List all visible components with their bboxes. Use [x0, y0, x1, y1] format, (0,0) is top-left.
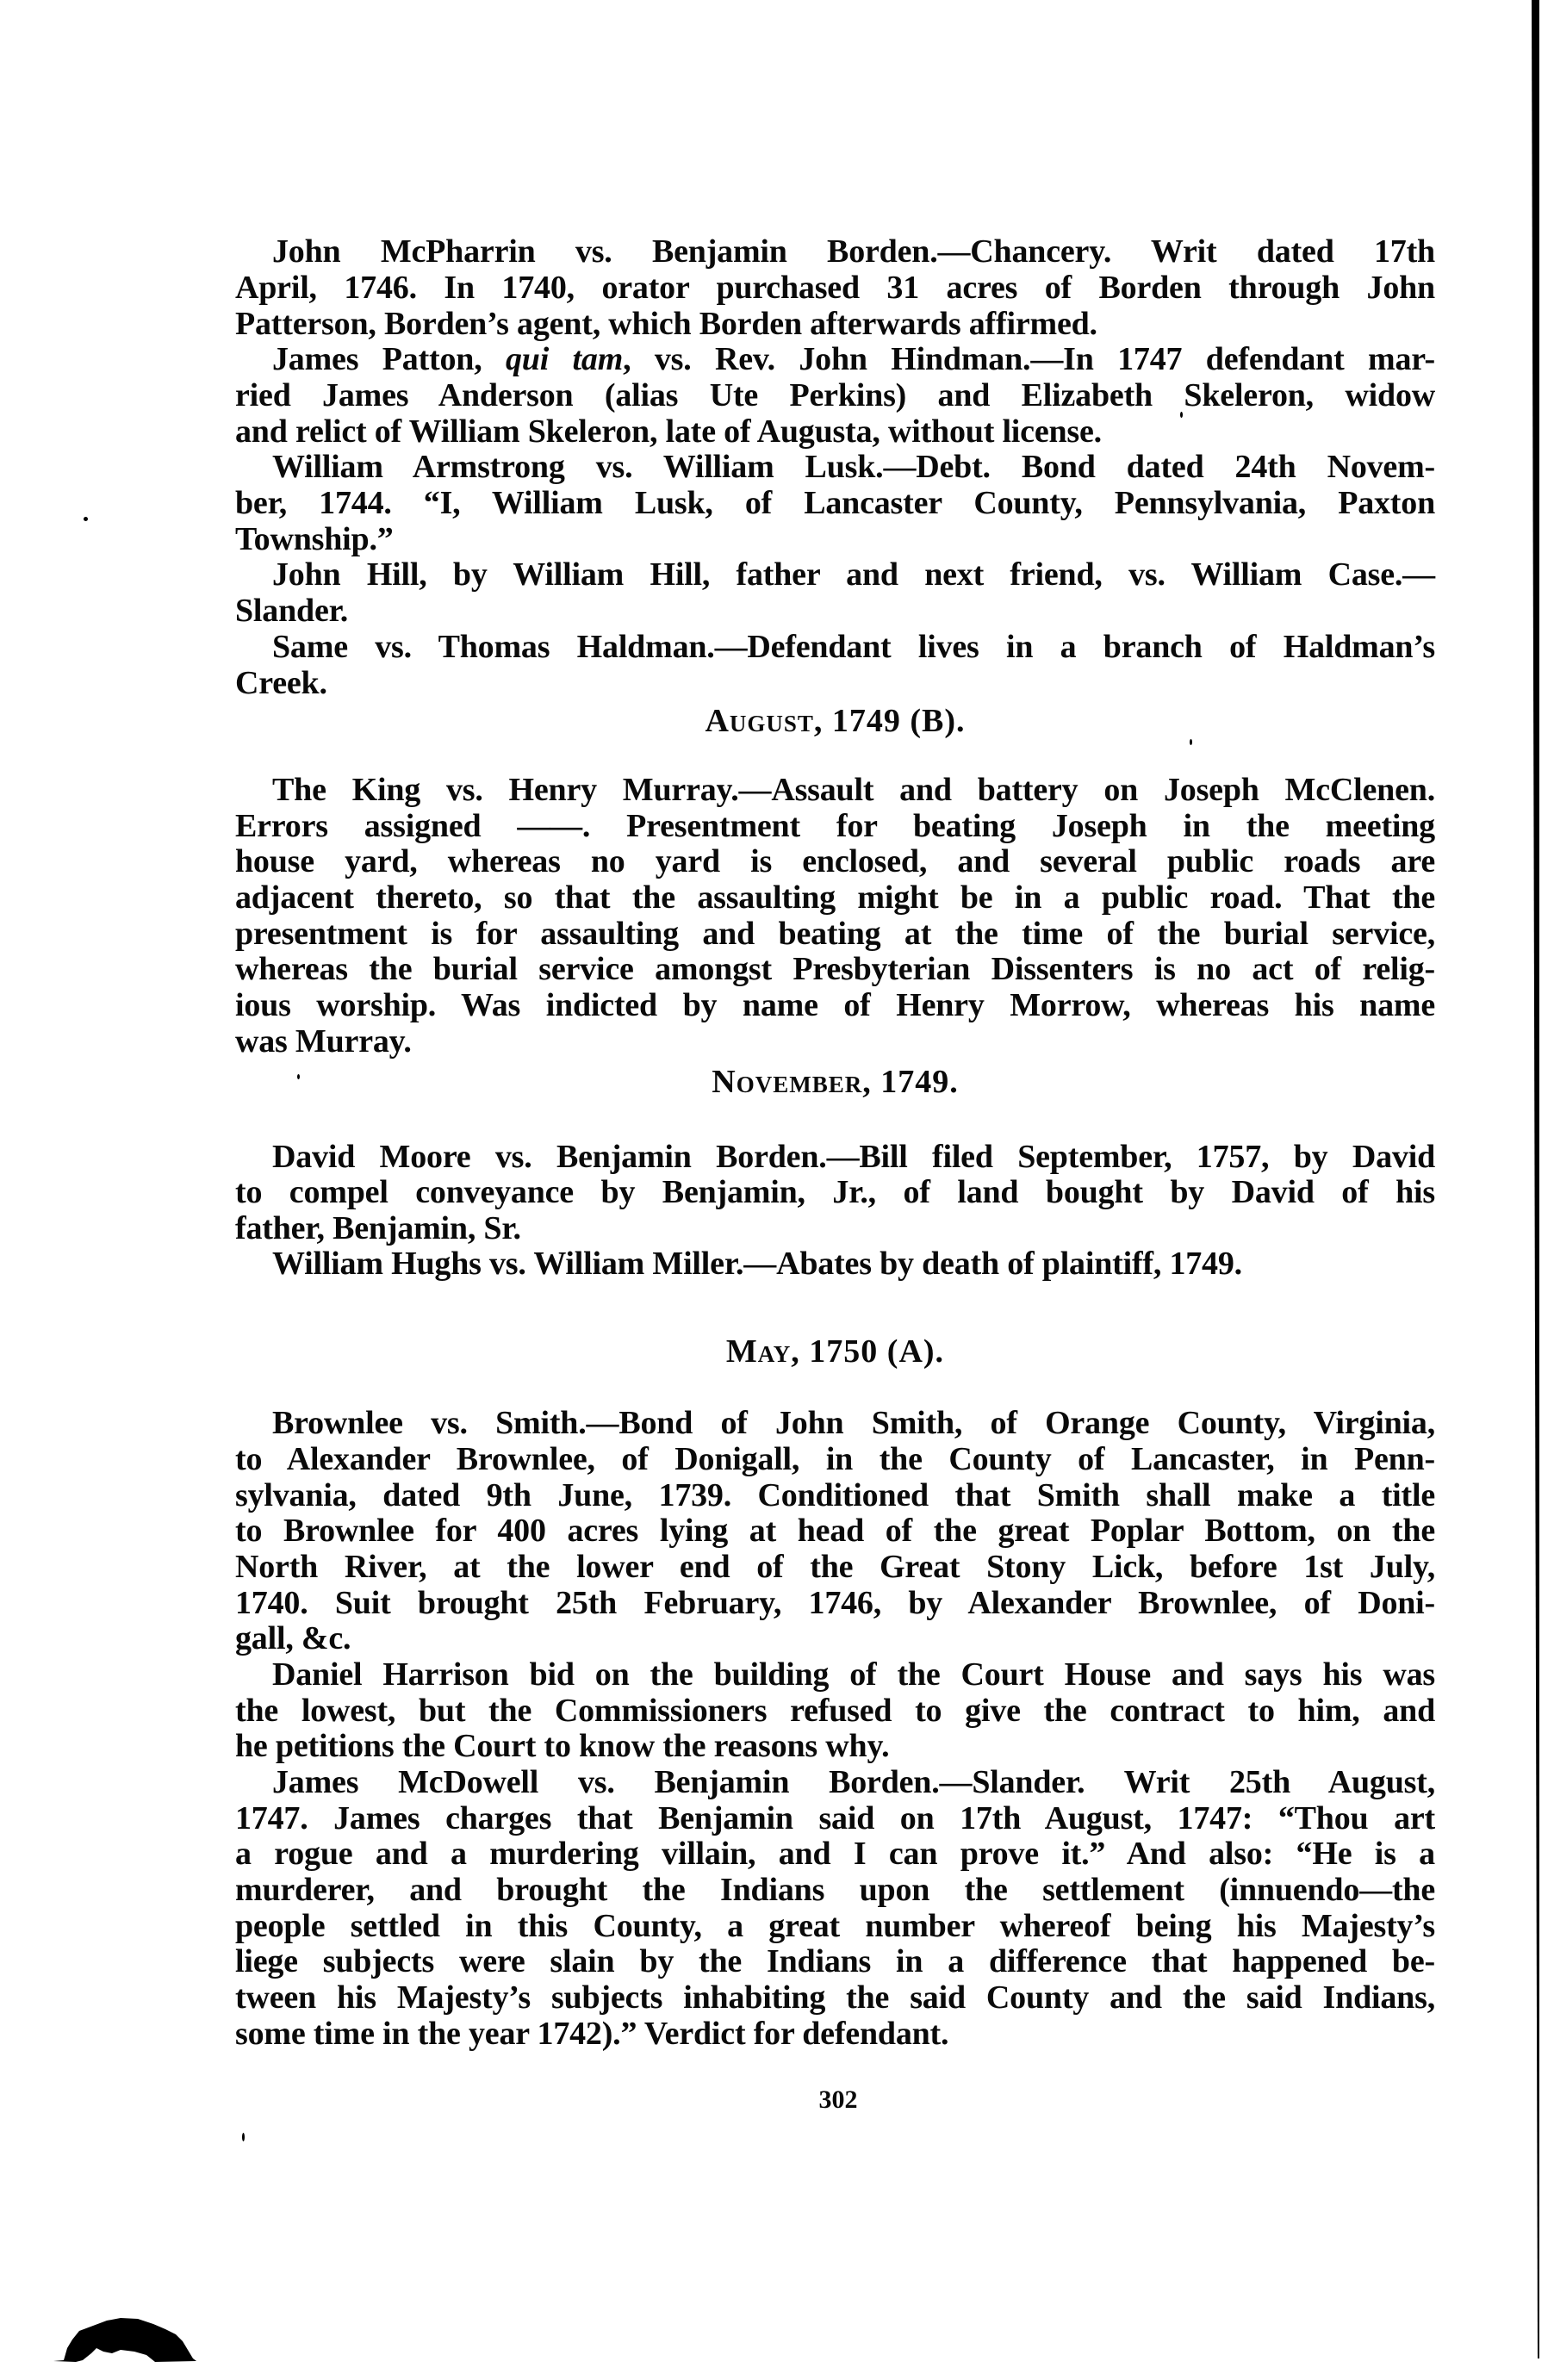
text-line: and relict of William Skeleron, late of … — [235, 413, 1435, 451]
text-line: the lowest, but the Commissioners refuse… — [235, 1692, 1435, 1730]
text-line: tween his Majesty’s subjects inhabiting … — [235, 1979, 1435, 2016]
text-line: people settled in this County, a great n… — [235, 1907, 1435, 1945]
text-line: Creek. — [235, 664, 1435, 702]
section-heading-november-1749: November, 1749. — [235, 1063, 1435, 1101]
scan-speck — [242, 2133, 245, 2141]
scan-thumb-smudge — [52, 2315, 202, 2364]
text-line: 1740. Suit brought 25th February, 1746, … — [235, 1584, 1435, 1622]
text-line-qui-tam: James Patton, qui tam, vs. Rev. John Hin… — [272, 340, 1435, 378]
text-line: John Hill, by William Hill, father and n… — [272, 556, 1435, 593]
text-line: a rogue and a murdering villain, and I c… — [235, 1835, 1435, 1873]
text-fragment: James Patton, qui tam, vs. Rev. John Hin… — [272, 341, 1435, 377]
scan-speck — [1190, 739, 1192, 745]
text-line: James McDowell vs. Benjamin Borden.—Slan… — [272, 1763, 1435, 1801]
text-line: Same vs. Thomas Haldman.—Defendant lives… — [272, 628, 1435, 666]
scan-speck — [84, 517, 88, 521]
text-line: North River, at the lower end of the Gre… — [235, 1548, 1435, 1586]
text-line: William Hughs vs. William Miller.—Abates… — [272, 1245, 1435, 1283]
section-heading-may-1750: May, 1750 (A). — [235, 1333, 1435, 1370]
text-line: adjacent thereto, so that the assaulting… — [235, 879, 1435, 917]
text-line: some time in the year 1742).” Verdict fo… — [235, 2015, 1435, 2053]
text-line: to Brownlee for 400 acres lying at head … — [235, 1512, 1435, 1550]
text-line: house yard, whereas no yard is enclosed,… — [235, 842, 1435, 880]
text-line: murderer, and brought the Indians upon t… — [235, 1871, 1435, 1909]
text-line: Brownlee vs. Smith.—Bond of John Smith, … — [272, 1404, 1435, 1442]
page-number: 302 — [801, 2085, 875, 2116]
section-heading-august-1749: August, 1749 (B). — [235, 702, 1435, 740]
text-line: sylvania, dated 9th June, 1739. Conditio… — [235, 1476, 1435, 1514]
text-line: David Moore vs. Benjamin Borden.—Bill fi… — [272, 1138, 1435, 1176]
text-line: ried James Anderson (alias Ute Perkins) … — [235, 376, 1435, 414]
text-line: to compel conveyance by Benjamin, Jr., o… — [235, 1173, 1435, 1211]
scan-speck — [1180, 412, 1183, 418]
text-line: whereas the burial service amongst Presb… — [235, 950, 1435, 988]
text-line: gall, &c. — [235, 1619, 1435, 1657]
text-line: he petitions the Court to know the reaso… — [235, 1727, 1435, 1765]
text-line: Daniel Harrison bid on the building of t… — [272, 1656, 1435, 1693]
text-line: Patterson, Borden’s agent, which Borden … — [235, 305, 1435, 343]
scanned-page: John McPharrin vs. Benjamin Borden.—Chan… — [0, 0, 1554, 2380]
text-line: Township.” — [235, 520, 1435, 558]
text-line: ber, 1744. “I, William Lusk, of Lancaste… — [235, 484, 1435, 522]
text-line: April, 1746. In 1740, orator purchased 3… — [235, 269, 1435, 307]
text-line: father, Benjamin, Sr. — [235, 1209, 1435, 1247]
scan-edge-line — [1530, 0, 1542, 2364]
text-line: Errors assigned ——. Presentment for beat… — [235, 807, 1435, 845]
text-line: Slander. — [235, 592, 1435, 630]
text-line: John McPharrin vs. Benjamin Borden.—Chan… — [272, 233, 1435, 270]
text-line: William Armstrong vs. William Lusk.—Debt… — [272, 448, 1435, 486]
text-line: was Murray. — [235, 1022, 1435, 1060]
text-line: The King vs. Henry Murray.—Assault and b… — [272, 771, 1435, 809]
text-line: ious worship. Was indicted by name of He… — [235, 986, 1435, 1024]
text-line: presentment is for assaulting and beatin… — [235, 915, 1435, 953]
text-line: liege subjects were slain by the Indians… — [235, 1942, 1435, 1980]
scan-speck — [297, 1074, 300, 1079]
text-line: to Alexander Brownlee, of Donigall, in t… — [235, 1440, 1435, 1478]
text-line: 1747. James charges that Benjamin said o… — [235, 1799, 1435, 1837]
